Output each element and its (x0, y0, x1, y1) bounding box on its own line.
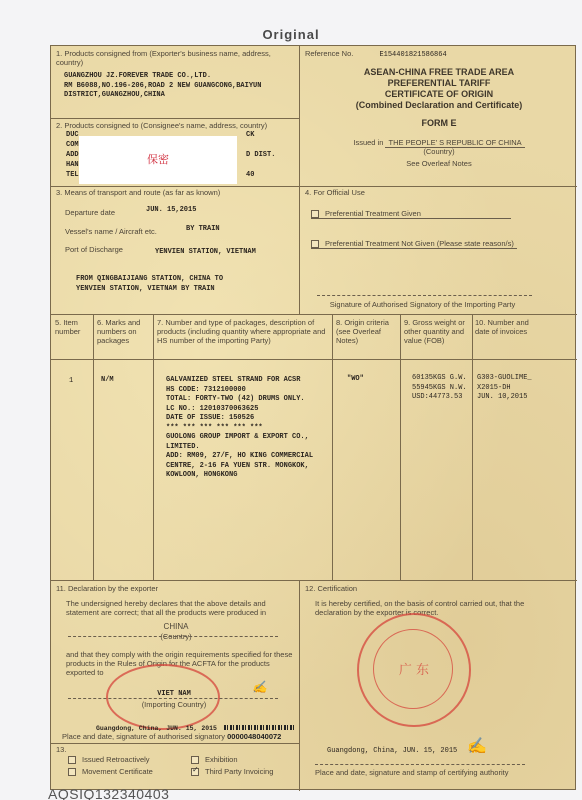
consignee-label: 2. Products consigned to (Consignee's na… (56, 121, 296, 130)
header-gross-weight: 9. Gross weight or other quantity and va… (404, 318, 470, 345)
box-13-options: 13. Issued Retroactively Exhibition Move… (56, 745, 296, 789)
reference-label: Reference No. (305, 49, 353, 58)
signatory-caption-row: Place and date, signature of authorised … (62, 732, 281, 741)
redaction-box: 保密 (79, 136, 237, 184)
header-marks: 6. Marks and numbers on packages (97, 318, 151, 345)
declaration-text: The undersigned hereby declares that the… (66, 599, 294, 617)
signatory-number: 0000048040072 (227, 732, 281, 741)
divider (51, 186, 577, 187)
issued-in-label: Issued in (353, 138, 383, 147)
weight-line: 55945KGS N.W. (412, 384, 467, 394)
option-label: Preferential Treatment Not Given (Please… (325, 239, 514, 248)
description-line: ADD: RM09, 27/F, HO KING COMMERCIAL (166, 452, 331, 462)
reference-number: E154401821586864 (379, 51, 446, 59)
box-official-use: 4. For Official Use Preferential Treatme… (305, 188, 573, 312)
signature-line (317, 295, 532, 296)
certificate-form: 1. Products consigned from (Exporter's b… (50, 45, 576, 790)
marks-value: N/M (101, 376, 114, 386)
option-label: Third Party Invoicing (205, 767, 273, 776)
consignee-fragment: 40 (246, 170, 275, 180)
route-line: FROM QINGBAIJIANG STATION, CHINA TO (76, 275, 223, 285)
divider (51, 314, 577, 315)
option-third-party-invoicing[interactable]: Third Party Invoicing (191, 767, 273, 776)
exporter-signature: ✍ (252, 680, 267, 694)
weight-line: USD:44773.53 (412, 393, 467, 403)
option-preferential-not-given[interactable]: Preferential Treatment Not Given (Please… (311, 239, 517, 249)
vessel-label: Vessel's name / Aircraft etc. (65, 227, 157, 236)
consignee-fragment: DUC (66, 130, 79, 140)
option-label: Exhibition (205, 755, 238, 764)
divider (93, 314, 94, 580)
divider (299, 46, 300, 314)
consignee-fragment: ADD (66, 150, 79, 160)
divider (51, 359, 577, 360)
serial-number: AQSIQ132340403 (48, 786, 169, 800)
option-issued-retroactively[interactable]: Issued Retroactively (68, 755, 150, 764)
description-line: HS CODE: 7312100000 (166, 386, 331, 396)
certificate-heading: ASEAN-CHINA FREE TRADE AREA PREFERENTIAL… (305, 67, 573, 111)
exporter-line: GUANGZHOU JZ.FOREVER TRADE CO.,LTD. (64, 72, 296, 82)
description-line: DATE OF ISSUE: 150526 (166, 414, 331, 424)
divider (51, 743, 299, 744)
description-line: GALVANIZED STEEL STRAND FOR ACSR (166, 376, 331, 386)
stamp-text: 广 东 (359, 659, 469, 678)
description-line: *** *** *** *** *** *** (166, 424, 331, 434)
divider (153, 314, 154, 580)
consignee-fragments-right: CK D DIST. 40 (246, 130, 275, 180)
certification-label: 12. Certification (305, 584, 573, 593)
box-certification: 12. Certification It is hereby certified… (305, 584, 573, 789)
heading-line: ASEAN-CHINA FREE TRADE AREA (305, 67, 573, 78)
description-line: KOWLOON, HONGKONG (166, 471, 331, 481)
option-label: Movement Certificate (82, 767, 153, 776)
divider (400, 314, 401, 580)
signature-caption: Signature of Authorised Signatory of the… (305, 300, 540, 309)
port-label: Port of Discharge (65, 245, 123, 254)
certification-caption: Place and date, signature and stamp of c… (315, 768, 508, 777)
redaction-label: 保密 (79, 151, 237, 167)
header-description: 7. Number and type of packages, descript… (157, 318, 329, 345)
checkbox[interactable] (191, 756, 199, 764)
document-title: Original (0, 27, 582, 42)
checkbox[interactable] (68, 756, 76, 764)
header-invoices: 10. Number and date of invoices (475, 318, 537, 336)
checkbox[interactable] (68, 768, 76, 776)
box-exporter-declaration: 11. Declaration by the exporter The unde… (56, 584, 296, 742)
origin-country: CHINA (56, 622, 296, 631)
reference-row: Reference No. E154401821586864 (305, 49, 573, 61)
box-exporter: 1. Products consigned from (Exporter's b… (56, 49, 296, 101)
form-type: FORM E (305, 118, 573, 128)
weight-line: 60135KGS G.W. (412, 374, 467, 384)
box-transport: 3. Means of transport and route (as far … (56, 188, 296, 312)
certificate-header: Reference No. E154401821586864 ASEAN-CHI… (305, 49, 573, 168)
certifier-signature: ✍ (467, 736, 487, 755)
consignee-fragment: D DIST. (246, 150, 275, 160)
invoice-line: X2015-DH (477, 384, 532, 394)
invoice-value: G303-GUOLIME_ X2015-DH JUN. 10,2015 (477, 374, 532, 403)
description-line: LIMITED. (166, 443, 331, 453)
route-details: FROM QINGBAIJIANG STATION, CHINA TO YENV… (76, 275, 223, 294)
port-value: YENVIEN STATION, VIETNAM (155, 248, 256, 258)
origin-criteria-value: "WO" (347, 375, 364, 385)
barcode (224, 725, 294, 730)
divider (299, 580, 300, 791)
divider (332, 314, 333, 580)
exporter-details: GUANGZHOU JZ.FOREVER TRADE CO.,LTD. RM B… (64, 72, 296, 101)
header-item-number: 5. Item number (55, 318, 91, 336)
option-exhibition[interactable]: Exhibition (191, 755, 238, 764)
option-preferential-given[interactable]: Preferential Treatment Given (311, 209, 511, 219)
invoice-line: G303-GUOLIME_ (477, 374, 532, 384)
exporter-label: 1. Products consigned from (Exporter's b… (56, 49, 296, 67)
checkbox[interactable] (311, 240, 319, 248)
exporter-line: DISTRICT,GUANGZHOU,CHINA (64, 91, 296, 101)
departure-value: JUN. 15,2015 (146, 206, 196, 216)
country-line (68, 636, 278, 637)
description-value: GALVANIZED STEEL STRAND FOR ACSR HS CODE… (166, 376, 331, 481)
consignee-fragments-left: DUC COM ADD HAN TEL (66, 130, 79, 180)
divider (472, 314, 473, 580)
transport-label: 3. Means of transport and route (as far … (56, 188, 296, 197)
declaration-label: 11. Declaration by the exporter (56, 584, 296, 593)
importing-country-caption: (Importing Country) (56, 700, 292, 709)
consignee-fragment: HAN (66, 160, 79, 170)
invoice-line: JUN. 10,2015 (477, 393, 532, 403)
heading-line: CERTIFICATE OF ORIGIN (305, 89, 573, 100)
vessel-value: BY TRAIN (186, 225, 220, 235)
header-origin-criteria: 8. Origin criteria (see Overleaf Notes) (336, 318, 398, 345)
consignee-fragment: TEL (66, 170, 79, 180)
description-line: LC NO.: 12010370063625 (166, 405, 331, 415)
gross-weight-value: 60135KGS G.W. 55945KGS N.W. USD:44773.53 (412, 374, 467, 403)
official-use-label: 4. For Official Use (305, 188, 573, 197)
consignee-fragment: CK (246, 130, 275, 140)
option-label: Preferential Treatment Given (325, 209, 421, 218)
route-line: YENVIEN STATION, VIETNAM BY TRAIN (76, 285, 223, 295)
description-line: CENTRE, 2-16 FA YUEN STR. MONGKOK, (166, 462, 331, 472)
option-label: Issued Retroactively (82, 755, 150, 764)
overleaf-notes: See Overleaf Notes (305, 159, 573, 168)
official-stamp: 广 东 (357, 613, 471, 727)
certification-place-date: Guangdong, China, JUN. 15, 2015 (327, 747, 457, 757)
issued-in-row: Issued in THE PEOPLE' S REPUBLIC OF CHIN… (305, 138, 573, 147)
signatory-caption: Place and date, signature of authorised … (62, 732, 225, 741)
description-line: GUOLONG GROUP IMPORT & EXPORT CO., (166, 433, 331, 443)
description-line: TOTAL: FORTY-TWO (42) DRUMS ONLY. (166, 395, 331, 405)
divider (51, 580, 577, 581)
box-consignee: 2. Products consigned to (Consignee's na… (56, 118, 296, 184)
issued-in-country: THE PEOPLE' S REPUBLIC OF CHINA (385, 138, 524, 148)
heading-line: PREFERENTIAL TARIFF (305, 78, 573, 89)
box13-label: 13. (56, 745, 296, 754)
departure-label: Departure date (65, 208, 115, 217)
heading-line: (Combined Declaration and Certificate) (305, 100, 573, 111)
exporter-line: RM B6088,NO.196-206,ROAD 2 NEW GUANGCONG… (64, 82, 296, 92)
country-caption: (Country) (305, 147, 573, 156)
option-movement-certificate[interactable]: Movement Certificate (68, 767, 153, 776)
importing-country-line (68, 698, 278, 699)
certification-signature-line (315, 764, 525, 765)
item-number: 1 (69, 377, 73, 387)
checkbox-checked[interactable] (191, 768, 199, 776)
consignee-fragment: COM (66, 140, 79, 150)
checkbox[interactable] (311, 210, 319, 218)
